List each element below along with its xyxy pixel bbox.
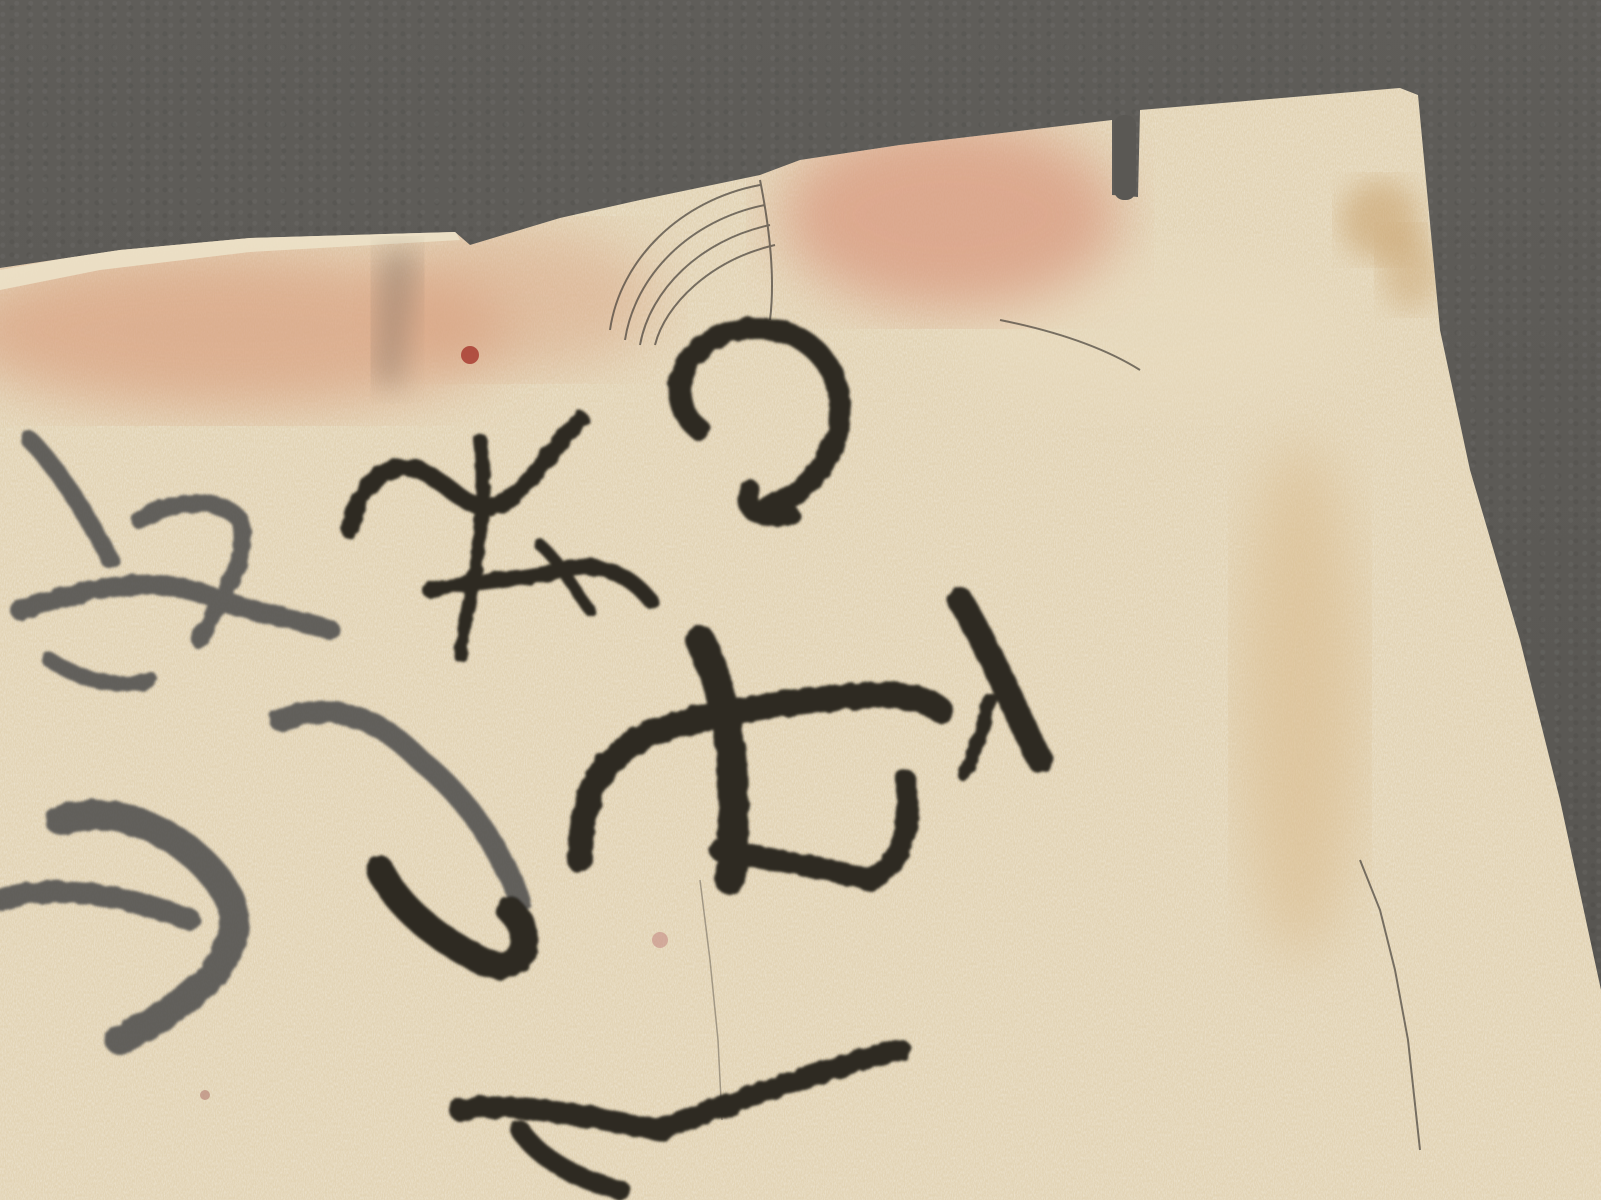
paper-fragment <box>0 80 1601 1200</box>
paper-fragment-illustration <box>0 0 1601 1200</box>
top-notch-slit <box>1114 115 1136 200</box>
photo-scene: Torn paper fragment with cursive brush c… <box>0 0 1601 1200</box>
